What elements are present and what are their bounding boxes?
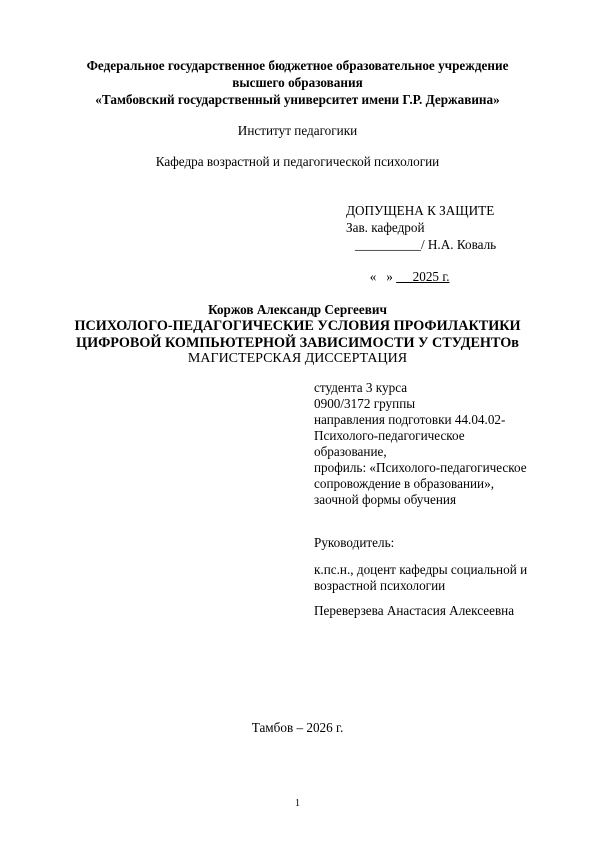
supervisor-position: к.пс.н., доцент кафедры социальной и воз… bbox=[314, 562, 527, 594]
supervisor-position-line-1: к.пс.н., доцент кафедры социальной и bbox=[314, 562, 527, 578]
student-info-line: образование, bbox=[314, 444, 527, 460]
student-info-line: 0900/3172 группы bbox=[314, 396, 527, 412]
thesis-type: МАГИСТЕРСКАЯ ДИССЕРТАЦИЯ bbox=[0, 351, 595, 367]
approval-title: ДОПУЩЕНА К ЗАЩИТЕ bbox=[346, 203, 494, 219]
student-info-line: заочной формы обучения bbox=[314, 492, 527, 508]
student-info-line: Психолого-педагогическое bbox=[314, 428, 527, 444]
supervisor-position-line-2: возрастной психологии bbox=[314, 578, 527, 594]
student-info-line: направления подготовки 44.04.02- bbox=[314, 412, 527, 428]
student-info-line: студента 3 курса bbox=[314, 380, 527, 396]
city-year: Тамбов – 2026 г. bbox=[0, 720, 595, 736]
org-line-3: «Тамбовский государственный университет … bbox=[0, 92, 595, 108]
date-year: 2025 г. bbox=[396, 269, 449, 284]
signer-name: / Н.А. Коваль bbox=[421, 237, 496, 252]
department-name: Кафедра возрастной и педагогической псих… bbox=[0, 154, 595, 170]
institute-name: Институт педагогики bbox=[0, 123, 595, 139]
thesis-title-line-1: ПСИХОЛОГО-ПЕДАГОГИЧЕСКИЕ УСЛОВИЯ ПРОФИЛА… bbox=[0, 318, 595, 335]
student-info-line: профиль: «Психолого-педагогическое bbox=[314, 460, 527, 476]
page-number: 1 bbox=[0, 798, 595, 809]
approval-date: « » 2025 г. bbox=[350, 253, 450, 301]
student-info: студента 3 курса 0900/3172 группы направ… bbox=[314, 380, 527, 508]
author-name: Коржов Александр Сергеевич bbox=[0, 302, 595, 318]
org-line-2: высшего образования bbox=[0, 75, 595, 91]
org-line-1: Федеральное государственное бюджетное об… bbox=[0, 58, 595, 74]
thesis-title-line-2: ЦИФРОВОЙ КОМПЬЮТЕРНОЙ ЗАВИСИМОСТИ У СТУД… bbox=[0, 335, 595, 352]
approval-role: Зав. кафедрой bbox=[346, 220, 425, 236]
supervisor-label: Руководитель: bbox=[314, 535, 394, 551]
date-quotes: « » bbox=[370, 269, 393, 284]
signature-blank: __________ bbox=[355, 237, 421, 252]
supervisor-name: Переверзева Анастасия Алексеевна bbox=[314, 603, 514, 619]
student-info-line: сопровождение в образовании», bbox=[314, 476, 527, 492]
approval-signature-line: __________/ Н.А. Коваль bbox=[355, 237, 496, 253]
